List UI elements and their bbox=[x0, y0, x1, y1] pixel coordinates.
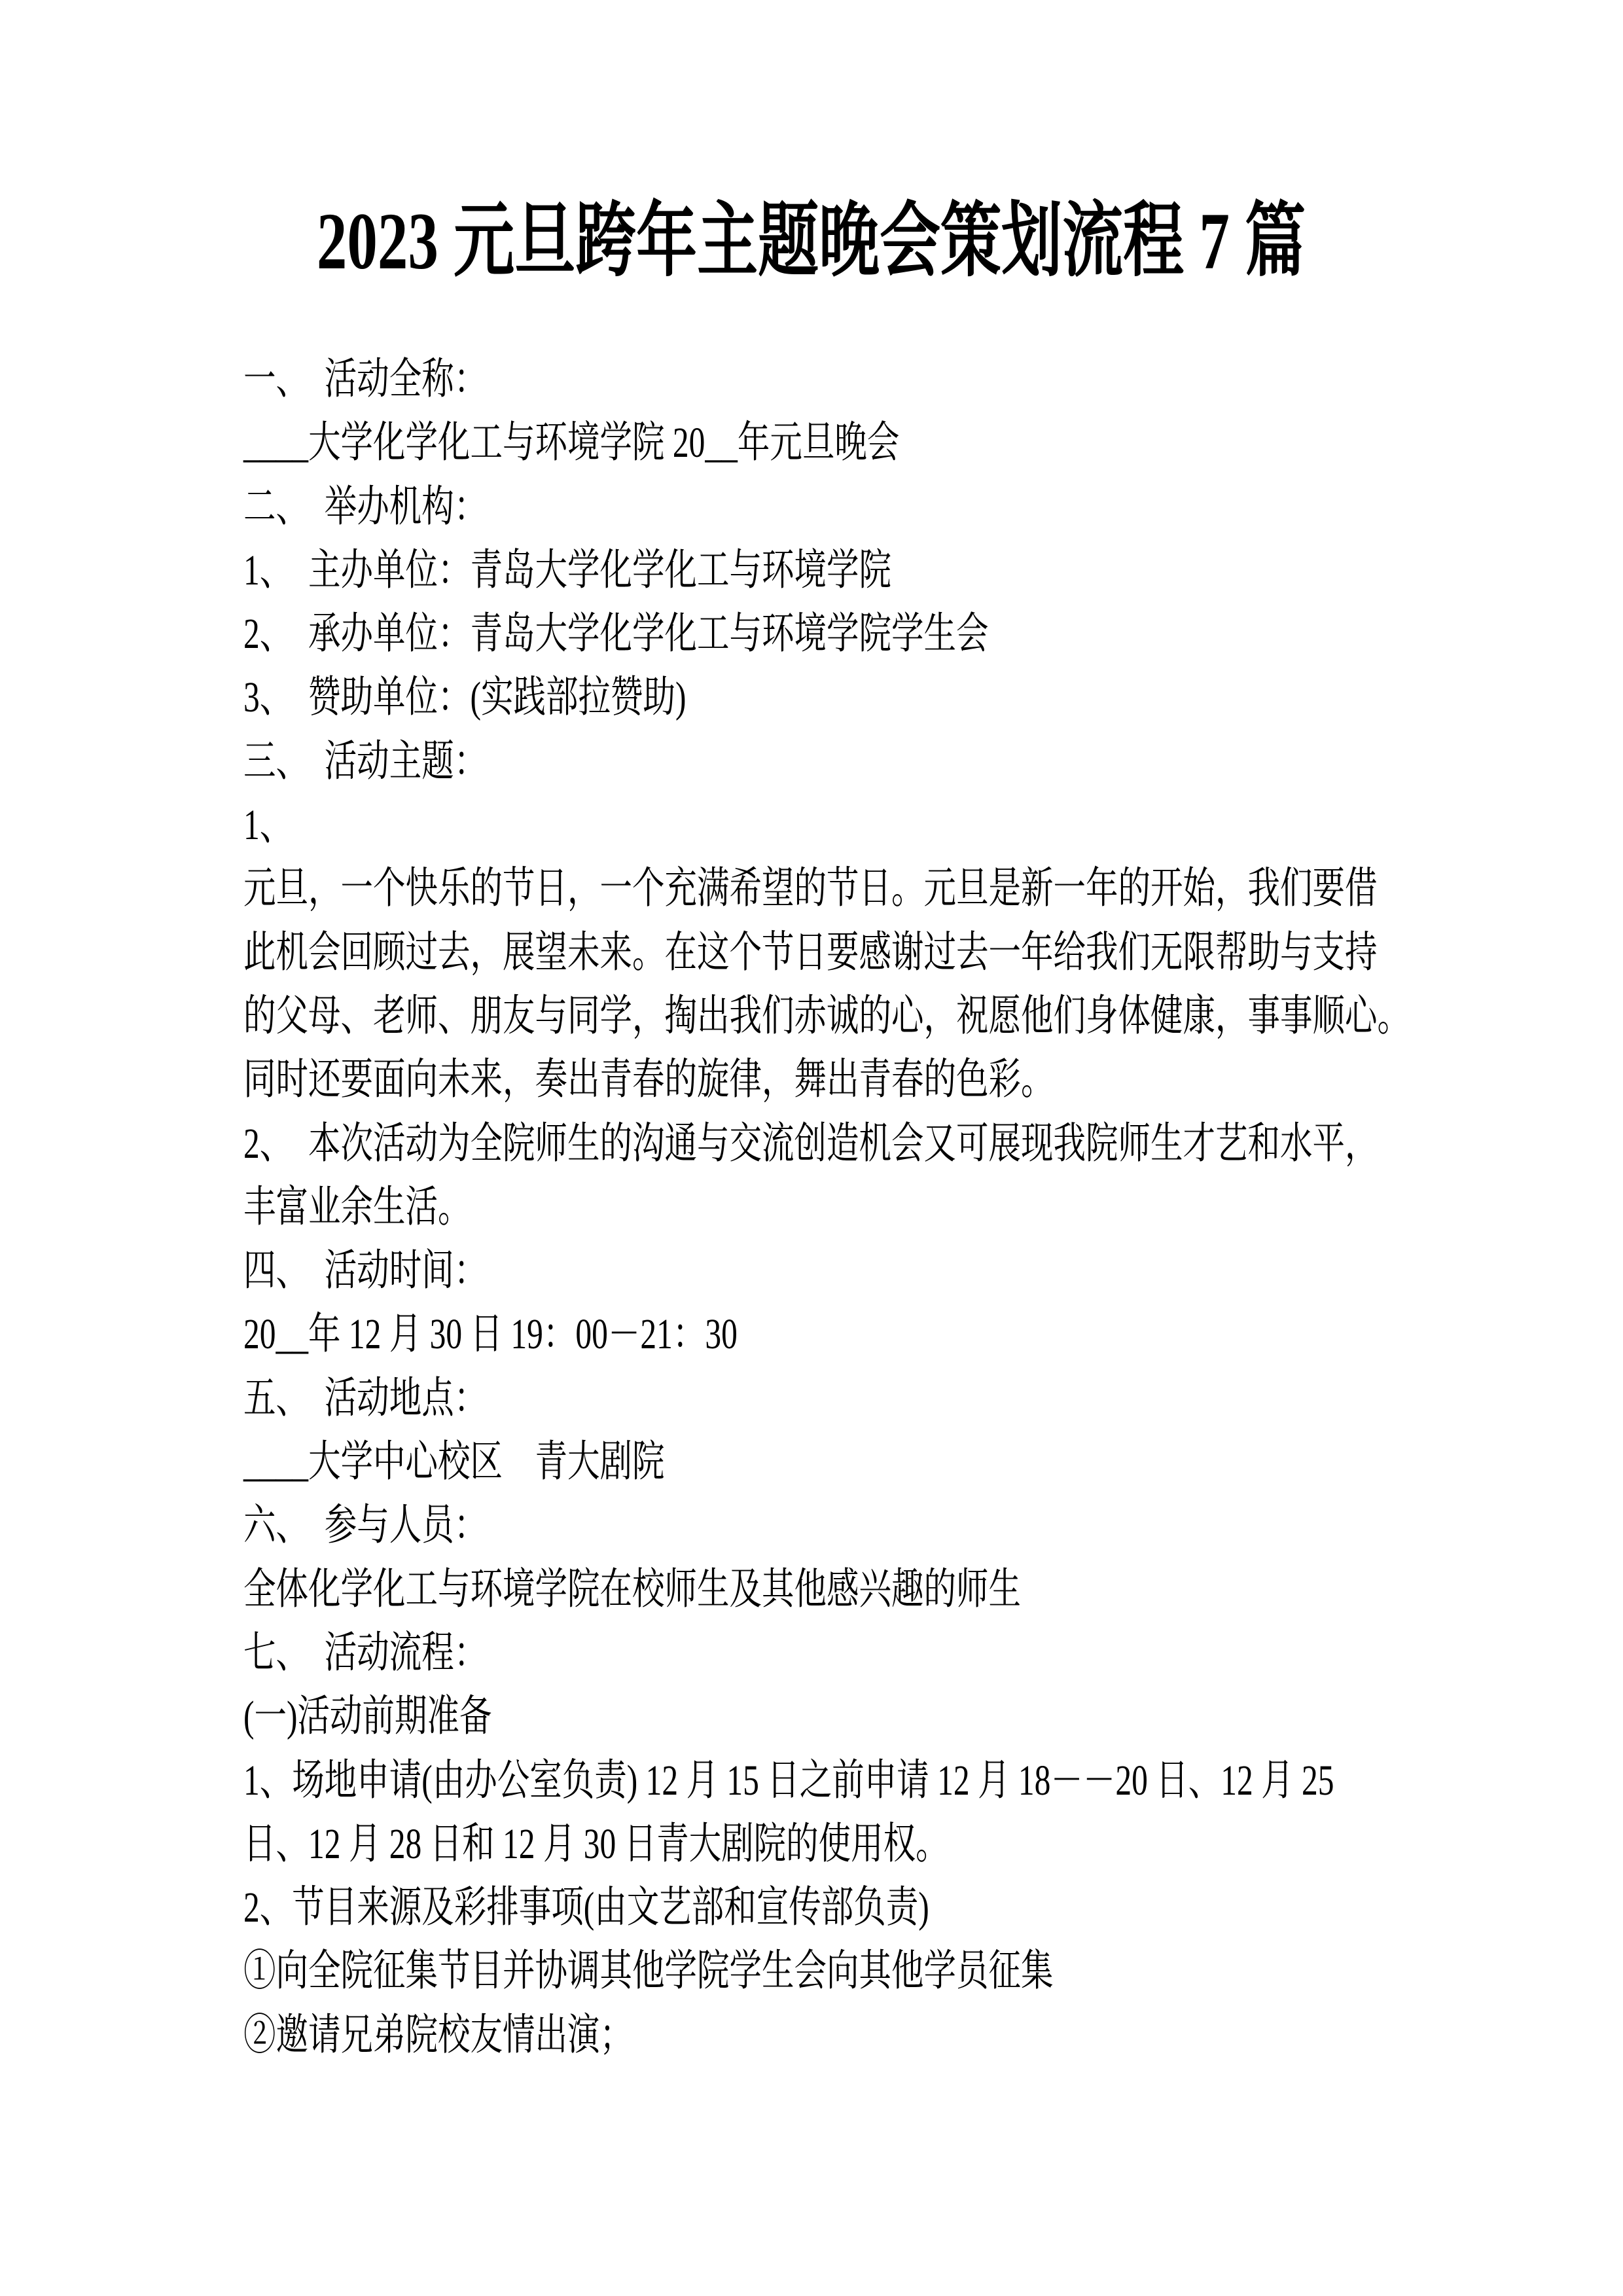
document-line: 同时还要面向未来，奏出青春的旋律，舞出青春的色彩。 bbox=[243, 1048, 1395, 1111]
document-line-text: 2、节目来源及彩排事项(由文艺部和宣传部负责) bbox=[243, 1876, 929, 1939]
document-line-text: 日、12 月 28 日和 12 月 30 日青大剧院的使用权。 bbox=[243, 1812, 948, 1876]
document-line-text: 三、 活动主题： bbox=[243, 730, 486, 793]
document-title: 2023 元旦跨年主题晚会策划流程 7 篇 bbox=[317, 198, 1306, 285]
document-line: 全体化学化工与环境学院在校师生及其他感兴趣的师生 bbox=[243, 1558, 1395, 1621]
document-line: 2、 承办单位：青岛大学化学化工与环境学院学生会 bbox=[243, 602, 1395, 666]
document-line: 日、12 月 28 日和 12 月 30 日青大剧院的使用权。 bbox=[243, 1812, 1395, 1876]
document-line-text: 五、 活动地点： bbox=[243, 1367, 486, 1430]
document-line-text: 3、 赞助单位：(实践部拉赞助) bbox=[243, 666, 686, 729]
document-line: 四、 活动时间： bbox=[243, 1239, 1395, 1302]
document-line-text: 全体化学化工与环境学院在校师生及其他感兴趣的师生 bbox=[243, 1558, 1021, 1621]
document-line: 七、 活动流程： bbox=[243, 1621, 1395, 1685]
document-line-text: (一)活动前期准备 bbox=[243, 1685, 491, 1748]
document-line-text: 四、 活动时间： bbox=[243, 1239, 486, 1302]
document-line: 丰富业余生活。 bbox=[243, 1175, 1395, 1239]
document-line-text: 六、 参与人员： bbox=[243, 1494, 486, 1557]
document-line: 1、 bbox=[243, 793, 1395, 857]
document-page: 2023 元旦跨年主题晚会策划流程 7 篇 一、 活动全称：____大学化学化工… bbox=[0, 0, 1623, 2296]
document-line-text: ____大学化学化工与环境学院 20__年元旦晚会 bbox=[243, 411, 899, 475]
document-line-text: 2、 承办单位：青岛大学化学化工与环境学院学生会 bbox=[243, 602, 989, 666]
document-line: 五、 活动地点： bbox=[243, 1367, 1395, 1430]
document-line: 的父母、老师、朋友与同学，掏出我们赤诚的心，祝愿他们身体健康，事事顺心。 bbox=[243, 984, 1395, 1048]
document-line: ②邀请兄弟院校友情出演； bbox=[243, 2003, 1395, 2067]
document-line-text: 丰富业余生活。 bbox=[243, 1175, 471, 1239]
document-line-text: 二、 举办机构： bbox=[243, 475, 486, 539]
document-line: 20__年 12 月 30 日 19：00－21：30 bbox=[243, 1302, 1395, 1366]
document-body: 一、 活动全称：____大学化学化工与环境学院 20__年元旦晚会二、 举办机构… bbox=[243, 348, 1395, 2067]
document-line: 2、节目来源及彩排事项(由文艺部和宣传部负责) bbox=[243, 1876, 1395, 1939]
document-line-text: 20__年 12 月 30 日 19：00－21：30 bbox=[243, 1302, 738, 1366]
document-line-text: 七、 活动流程： bbox=[243, 1621, 486, 1685]
document-title-line: 2023 元旦跨年主题晚会策划流程 7 篇 bbox=[0, 198, 1623, 285]
document-line-text: ____大学中心校区 青大剧院 bbox=[243, 1430, 665, 1494]
document-line: 二、 举办机构： bbox=[243, 475, 1395, 539]
document-line-text: 一、 活动全称： bbox=[243, 348, 486, 411]
document-line-text: ②邀请兄弟院校友情出演； bbox=[243, 2003, 632, 2067]
document-line-text: 同时还要面向未来，奏出青春的旋律，舞出青春的色彩。 bbox=[243, 1048, 1054, 1111]
document-line: 此机会回顾过去，展望未来。在这个节日要感谢过去一年给我们无限帮助与支持 bbox=[243, 921, 1395, 984]
document-line-text: ①向全院征集节目并协调其他学院学生会向其他学员征集 bbox=[243, 1939, 1054, 2003]
document-line: 1、 主办单位：青岛大学化学化工与环境学院 bbox=[243, 539, 1395, 602]
document-line-text: 元旦，一个快乐的节日，一个充满希望的节日。元旦是新一年的开始，我们要借 bbox=[243, 857, 1378, 920]
document-line-text: 1、 bbox=[243, 793, 292, 857]
document-line-text: 1、场地申请(由办公室负责) 12 月 15 日之前申请 12 月 18－－20… bbox=[243, 1749, 1334, 1812]
document-line: 六、 参与人员： bbox=[243, 1494, 1395, 1557]
document-line-text: 2、 本次活动为全院师生的沟通与交流创造机会又可展现我院师生才艺和水平， bbox=[243, 1112, 1378, 1175]
document-line: ____大学中心校区 青大剧院 bbox=[243, 1430, 1395, 1494]
document-line: 一、 活动全称： bbox=[243, 348, 1395, 411]
document-line: 2、 本次活动为全院师生的沟通与交流创造机会又可展现我院师生才艺和水平， bbox=[243, 1112, 1395, 1175]
document-line: 三、 活动主题： bbox=[243, 730, 1395, 793]
document-line: ____大学化学化工与环境学院 20__年元旦晚会 bbox=[243, 411, 1395, 475]
document-line: ①向全院征集节目并协调其他学院学生会向其他学员征集 bbox=[243, 1939, 1395, 2003]
document-line-text: 此机会回顾过去，展望未来。在这个节日要感谢过去一年给我们无限帮助与支持 bbox=[243, 921, 1378, 984]
document-line: (一)活动前期准备 bbox=[243, 1685, 1395, 1748]
document-line-text: 1、 主办单位：青岛大学化学化工与环境学院 bbox=[243, 539, 891, 602]
document-line: 3、 赞助单位：(实践部拉赞助) bbox=[243, 666, 1395, 729]
document-line: 元旦，一个快乐的节日，一个充满希望的节日。元旦是新一年的开始，我们要借 bbox=[243, 857, 1395, 920]
document-line-text: 的父母、老师、朋友与同学，掏出我们赤诚的心，祝愿他们身体健康，事事顺心。 bbox=[243, 984, 1410, 1048]
document-line: 1、场地申请(由办公室负责) 12 月 15 日之前申请 12 月 18－－20… bbox=[243, 1749, 1395, 1812]
